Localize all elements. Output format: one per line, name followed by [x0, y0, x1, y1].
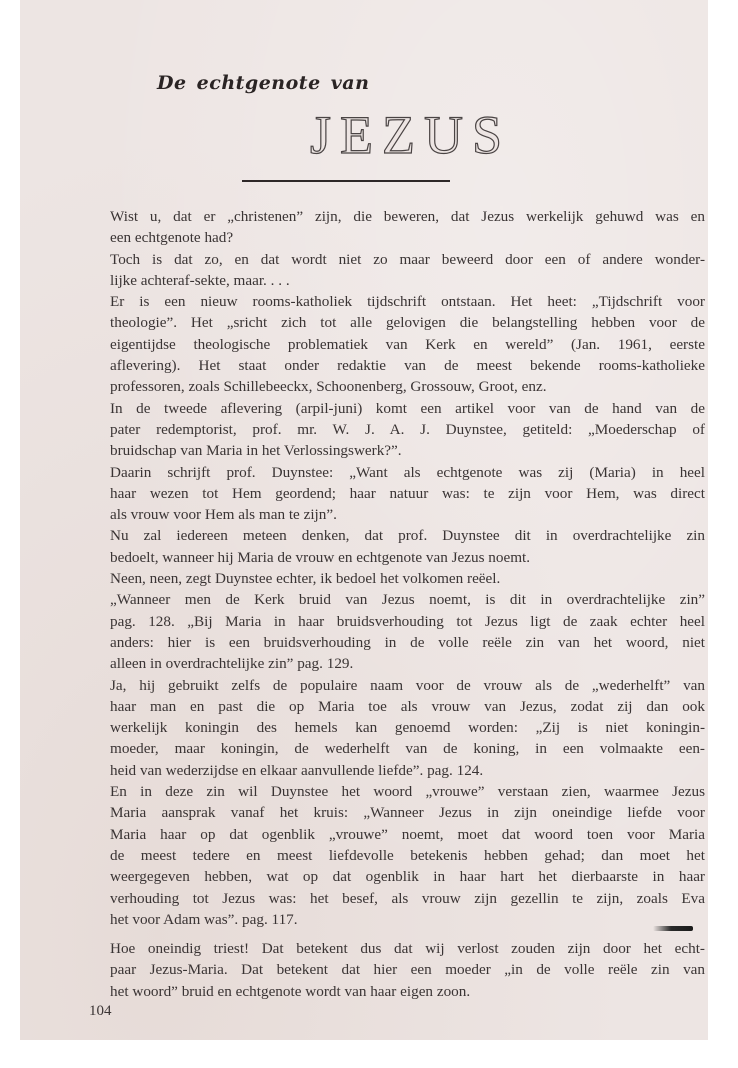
paragraph: Ja, hij gebruikt zelfs de populaire naam…	[110, 675, 705, 781]
paragraph: Hoe oneindig triest! Dat betekent dus da…	[110, 938, 705, 1002]
paragraph: Daarin schrijft prof. Duynstee: „Want al…	[110, 462, 705, 526]
text-line: pag. 128. „Bij Maria in haar bruidsverho…	[110, 611, 705, 632]
book-page: De echtgenote van JEZUS Wist u, dat er „…	[20, 0, 708, 1040]
text-line: verhouding tot Jezus was: het besef, als…	[110, 888, 705, 909]
text-line: alleen in overdrachtelijke zin” pag. 129…	[110, 653, 705, 674]
text-line: het woord” bruid en echtgenote wordt van…	[110, 981, 705, 1002]
paragraph: In de tweede aflevering (arpil-juni) kom…	[110, 398, 705, 462]
article-body: Wist u, dat er „christenen” zijn, die be…	[110, 206, 705, 1002]
paragraph: En in deze zin wil Duynstee het woord „v…	[110, 781, 705, 930]
title-underline-rule	[242, 180, 450, 182]
text-line: de meest tedere en meest liefdevolle bet…	[110, 845, 705, 866]
text-line: paar Jezus-Maria. Dat betekent dat hier …	[110, 959, 705, 980]
text-line: Maria aansprak vanaf het kruis: „Wanneer…	[110, 802, 705, 823]
text-line: Hoe oneindig triest! Dat betekent dus da…	[110, 938, 705, 959]
text-line: bedoelt, wanneer hij Maria de vrouw en e…	[110, 547, 705, 568]
paragraph: Nu zal iedereen meteen denken, dat prof.…	[110, 525, 705, 568]
article-subtitle: De echtgenote van	[157, 72, 369, 94]
text-line: Nu zal iedereen meteen denken, dat prof.…	[110, 525, 705, 546]
text-line: Maria haar op dat ogenblik „vrouwe” noem…	[110, 824, 705, 845]
paragraph-gap	[110, 930, 705, 938]
text-line: Neen, neen, zegt Duynstee echter, ik bed…	[110, 568, 705, 589]
text-line: Ja, hij gebruikt zelfs de populaire naam…	[110, 675, 705, 696]
text-line: haar man en past die op Maria toe als vr…	[110, 696, 705, 717]
paragraph: Neen, neen, zegt Duynstee echter, ik bed…	[110, 568, 705, 589]
paragraph: Er is een nieuw rooms-katholiek tijdschr…	[110, 291, 705, 397]
text-line: eigentijdse theologische problematiek va…	[110, 334, 705, 355]
text-line: werkelijk koningin des hemels kan genoem…	[110, 717, 705, 738]
text-line: het voor Adam was”. pag. 117.	[110, 909, 705, 930]
text-line: moeder, maar koningin, de wederhelft van…	[110, 738, 705, 759]
text-line: anders: hier is een bruidsverhouding in …	[110, 632, 705, 653]
text-line: professoren, zoals Schillebeeckx, Schoon…	[110, 376, 705, 397]
text-line: weergegeven hebben, wat op dat ogenblik …	[110, 866, 705, 887]
text-line: En in deze zin wil Duynstee het woord „v…	[110, 781, 705, 802]
text-line: Wist u, dat er „christenen” zijn, die be…	[110, 206, 705, 227]
text-line: „Wanneer men de Kerk bruid van Jezus noe…	[110, 589, 705, 610]
text-line: heid van wederzijdse en elkaar aanvullen…	[110, 760, 705, 781]
paragraph: Toch is dat zo, en dat wordt niet zo maa…	[110, 249, 705, 292]
text-line: bruidschap van Maria in het Verlossingsw…	[110, 440, 705, 461]
page-number: 104	[89, 1003, 112, 1020]
text-line: Er is een nieuw rooms-katholiek tijdschr…	[110, 291, 705, 312]
text-line: theologie”. Het „sricht zich tot alle ge…	[110, 312, 705, 333]
text-line: haar wezen tot Hem geordend; haar natuur…	[110, 483, 705, 504]
text-line: Toch is dat zo, en dat wordt niet zo maa…	[110, 249, 705, 270]
text-line: aflevering). Het staat onder redaktie va…	[110, 355, 705, 376]
text-line: als vrouw voor Hem als man te zijn”.	[110, 504, 705, 525]
paragraph: Wist u, dat er „christenen” zijn, die be…	[110, 206, 705, 249]
ink-smudge-mark	[653, 926, 693, 931]
text-line: lijke achteraf-sekte, maar. . . .	[110, 270, 705, 291]
text-line: Daarin schrijft prof. Duynstee: „Want al…	[110, 462, 705, 483]
article-title: JEZUS	[310, 108, 511, 162]
text-line: pater redemptorist, prof. mr. W. J. A. J…	[110, 419, 705, 440]
text-line: een echtgenote had?	[110, 227, 705, 248]
paragraph: „Wanneer men de Kerk bruid van Jezus noe…	[110, 589, 705, 674]
text-line: In de tweede aflevering (arpil-juni) kom…	[110, 398, 705, 419]
